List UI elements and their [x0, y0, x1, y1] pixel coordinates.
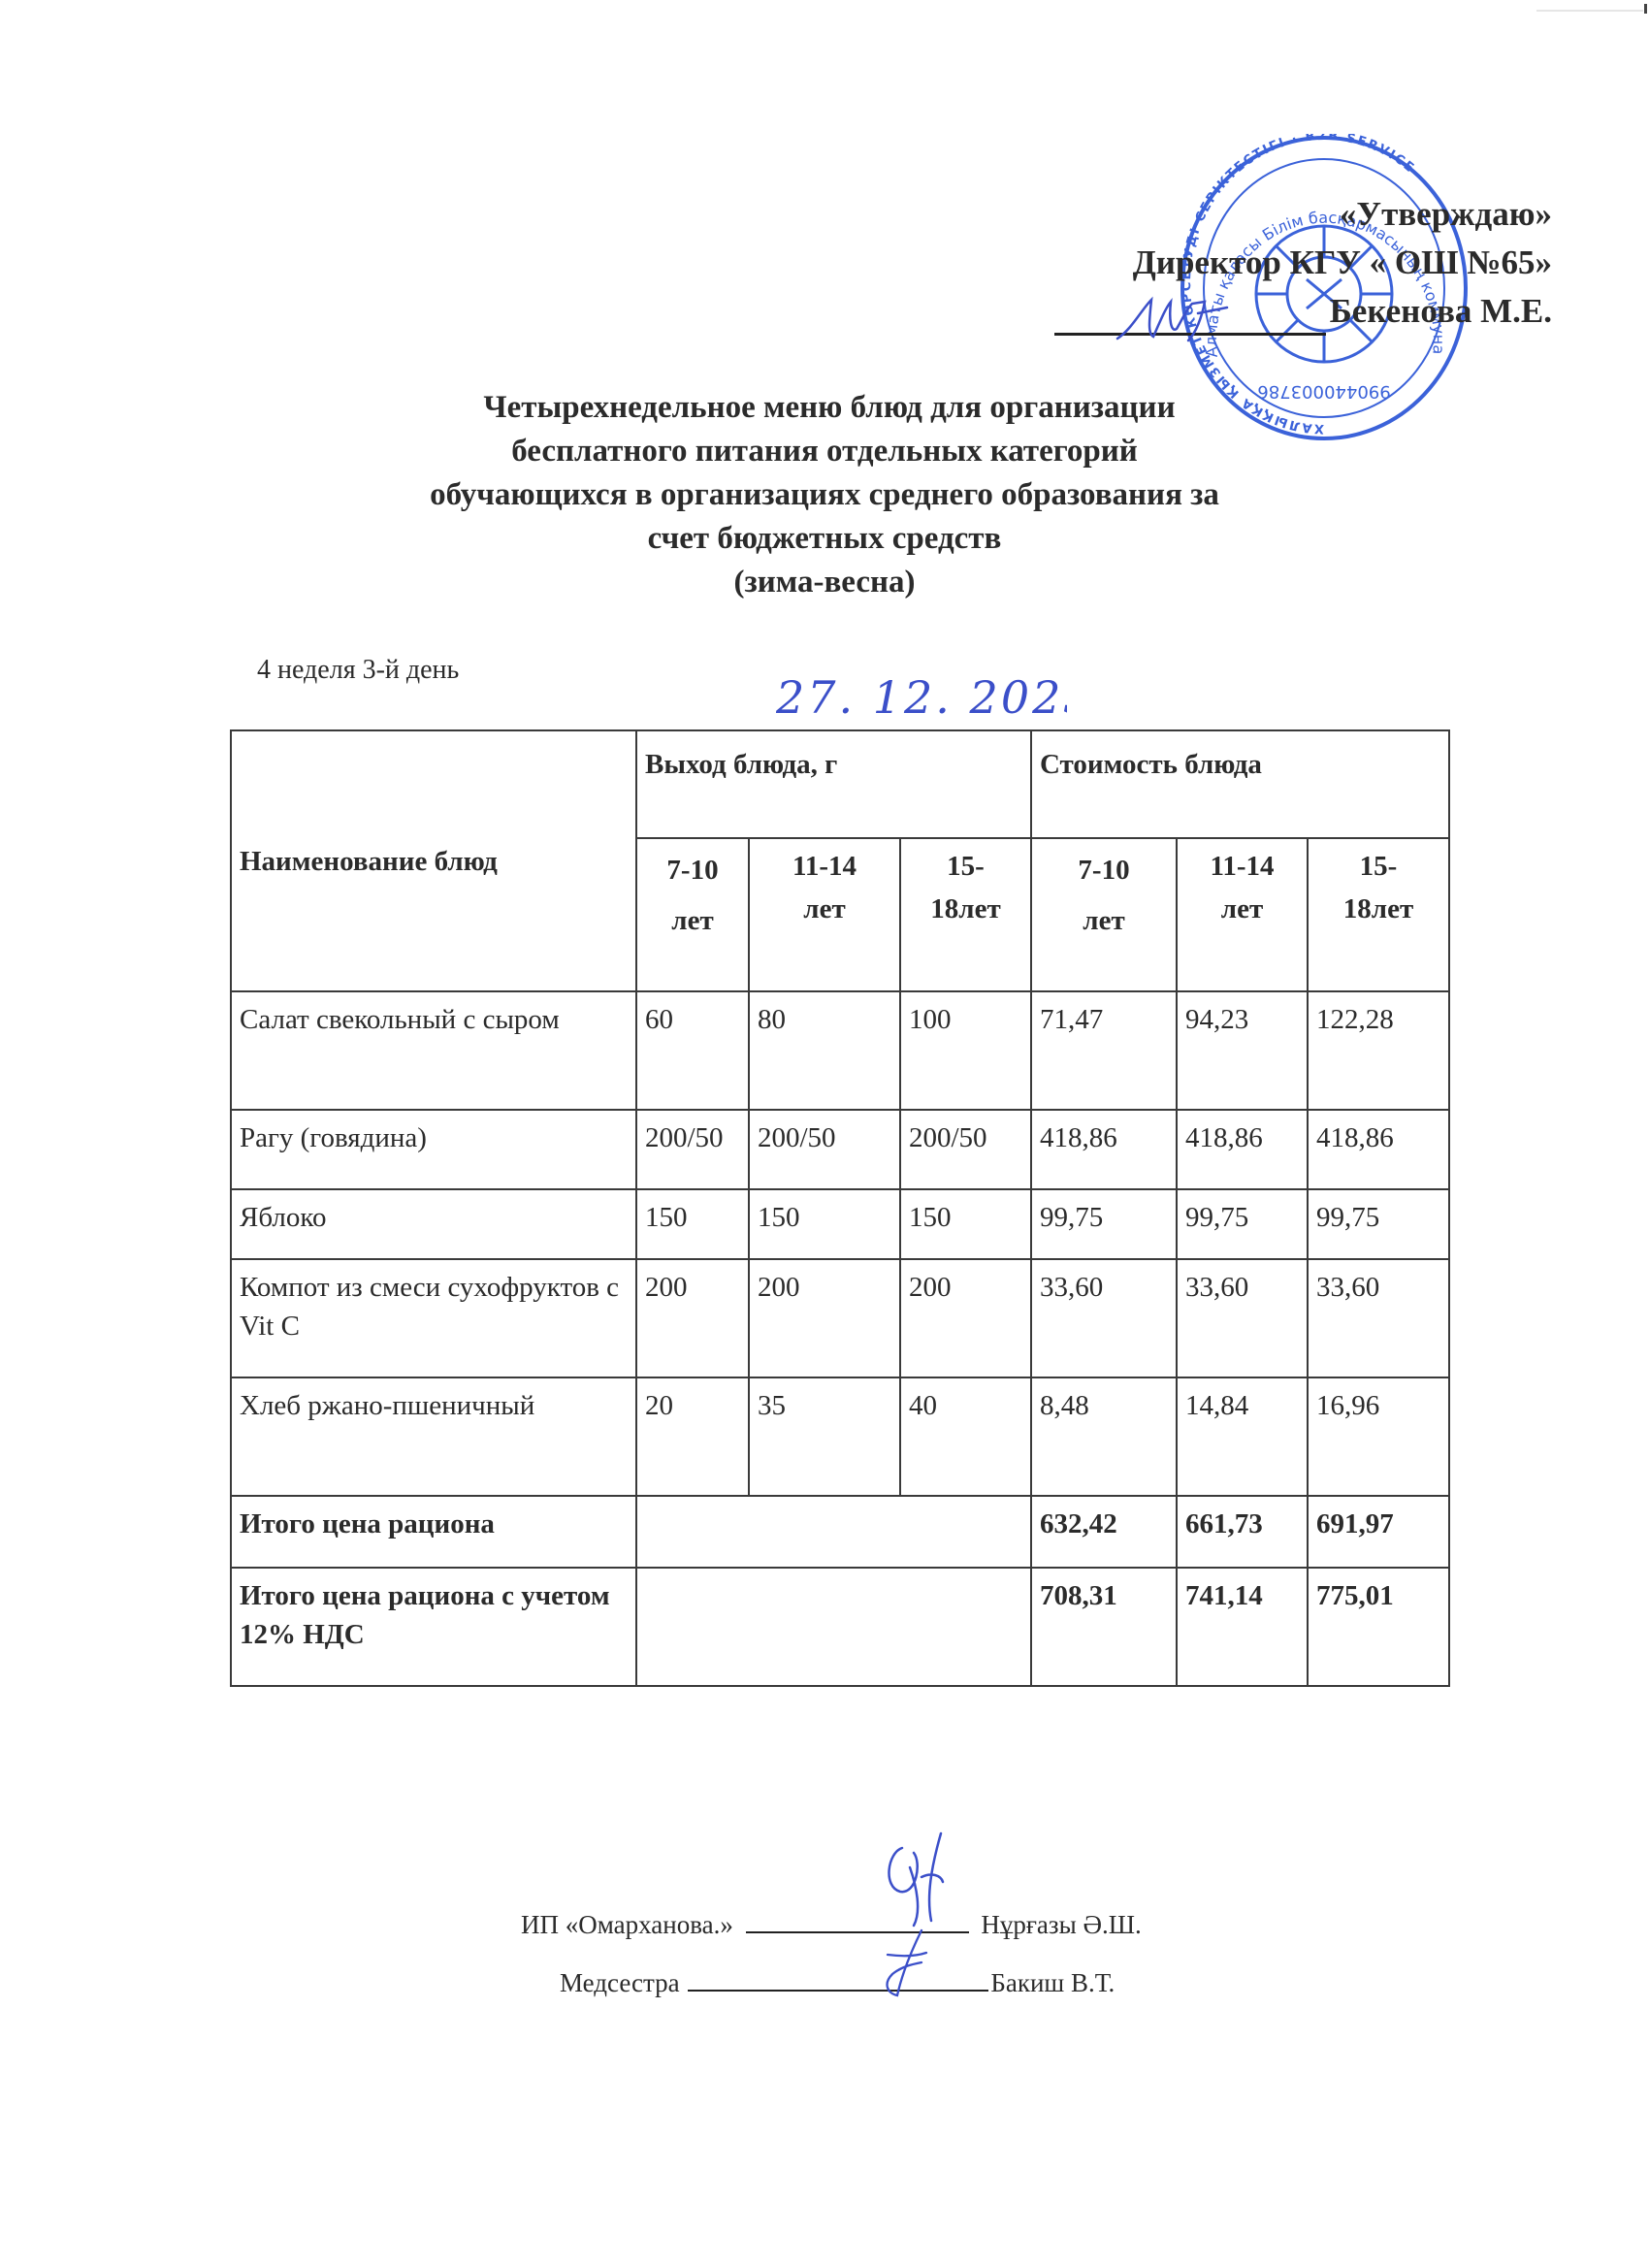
age-header: 7-10лет [1031, 838, 1177, 991]
total-vat-row: Итого цена рациона с учетом 12% НДС 708,… [231, 1568, 1449, 1686]
title-line: (зима-весна) [0, 561, 1649, 604]
cost-cell: 16,96 [1308, 1377, 1449, 1496]
week-day-label: 4 неделя 3-й день [257, 655, 459, 686]
yield-cell: 150 [900, 1189, 1031, 1259]
cost-cell: 94,23 [1177, 991, 1308, 1110]
nurse-role: Медсестра [560, 1968, 680, 1997]
table-row: Хлеб ржано-пшеничный 20 35 40 8,48 14,84… [231, 1377, 1449, 1496]
dish-name: Яблоко [231, 1189, 636, 1259]
director-name: Бекенова М.Е. [1330, 287, 1552, 336]
yield-cell: 150 [749, 1189, 900, 1259]
total-cost: 691,97 [1308, 1496, 1449, 1568]
yield-cell: 200/50 [900, 1110, 1031, 1189]
table-row: Рагу (говядина) 200/50 200/50 200/50 418… [231, 1110, 1449, 1189]
total-label: Итого цена рациона [231, 1496, 636, 1568]
table-row: Яблоко 150 150 150 99,75 99,75 99,75 [231, 1189, 1449, 1259]
total-row: Итого цена рациона 632,42 661,73 691,97 [231, 1496, 1449, 1568]
table-row: Компот из смеси сухофруктов с Vit C 200 … [231, 1259, 1449, 1377]
yield-cell: 100 [900, 991, 1031, 1110]
nurse-signature-icon [868, 1926, 946, 2003]
empty-cell [636, 1568, 1031, 1686]
scan-edge-mark [1536, 10, 1643, 12]
title-line: обучающихся в организациях среднего обра… [0, 473, 1649, 517]
total-vat-label: Итого цена рациона с учетом 12% НДС [231, 1568, 636, 1686]
handwritten-date: 27. 12. 2023 [776, 669, 1067, 728]
yield-cell: 200/50 [749, 1110, 900, 1189]
cost-cell: 71,47 [1031, 991, 1177, 1110]
cost-header: Стоимость блюда [1031, 730, 1449, 838]
yield-cell: 150 [636, 1189, 749, 1259]
stamp-bin: 990440003786 [1257, 381, 1390, 402]
cost-cell: 418,86 [1177, 1110, 1308, 1189]
cost-cell: 14,84 [1177, 1377, 1308, 1496]
empty-cell [636, 1496, 1031, 1568]
svg-text:27. 12. 2023: 27. 12. 2023 [776, 671, 1067, 724]
cost-cell: 33,60 [1177, 1259, 1308, 1377]
approval-heading: «Утверждаю» [1054, 190, 1552, 239]
dish-name: Салат свекольный с сыром [231, 991, 636, 1110]
age-header: 11-14лет [1177, 838, 1308, 991]
dish-name: Рагу (говядина) [231, 1110, 636, 1189]
cost-cell: 122,28 [1308, 991, 1449, 1110]
cost-cell: 99,75 [1031, 1189, 1177, 1259]
nurse-signature-row: Медсестра Бакиш В.Т. [560, 1964, 1115, 1998]
total-cost: 632,42 [1031, 1496, 1177, 1568]
supplier-role: ИП «Омарханова.» [521, 1910, 733, 1939]
yield-cell: 200 [749, 1259, 900, 1377]
age-header: 15-18лет [900, 838, 1031, 991]
yield-cell: 80 [749, 991, 900, 1110]
yield-cell: 20 [636, 1377, 749, 1496]
cost-cell: 418,86 [1308, 1110, 1449, 1189]
cost-cell: 99,75 [1308, 1189, 1449, 1259]
yield-cell: 200 [900, 1259, 1031, 1377]
dish-name: Хлеб ржано-пшеничный [231, 1377, 636, 1496]
age-header: 11-14лет [749, 838, 900, 991]
cost-cell: 33,60 [1308, 1259, 1449, 1377]
yield-header: Выход блюда, г [636, 730, 1031, 838]
cost-cell: 33,60 [1031, 1259, 1177, 1377]
cost-cell: 8,48 [1031, 1377, 1177, 1496]
dish-name: Компот из смеси сухофруктов с Vit C [231, 1259, 636, 1377]
yield-cell: 35 [749, 1377, 900, 1496]
yield-cell: 40 [900, 1377, 1031, 1496]
yield-cell: 200/50 [636, 1110, 749, 1189]
dish-name-header: Наименование блюд [231, 730, 636, 991]
approval-block: «Утверждаю» Директор КГУ « ОШ №65» Бекен… [1054, 190, 1552, 349]
total-vat-cost: 775,01 [1308, 1568, 1449, 1686]
cost-cell: 418,86 [1031, 1110, 1177, 1189]
yield-cell: 60 [636, 991, 749, 1110]
director-title: Директор КГУ « ОШ №65» [1054, 239, 1552, 287]
cost-cell: 99,75 [1177, 1189, 1308, 1259]
age-header: 7-10лет [636, 838, 749, 991]
menu-table: Наименование блюд Выход блюда, г Стоимос… [230, 729, 1450, 1687]
nurse-name: Бакиш В.Т. [990, 1968, 1115, 1997]
total-vat-cost: 708,31 [1031, 1568, 1177, 1686]
supplier-signature-row: ИП «Омарханова.» Нұрғазы Ә.Ш. [521, 1906, 1142, 1940]
yield-cell: 200 [636, 1259, 749, 1377]
table-row: Салат свекольный с сыром 60 80 100 71,47… [231, 991, 1449, 1110]
total-vat-cost: 741,14 [1177, 1568, 1308, 1686]
director-signature-line [1054, 298, 1326, 336]
director-signature-icon [1113, 290, 1258, 348]
supplier-name: Нұрғазы Ә.Ш. [981, 1910, 1141, 1939]
title-line: счет бюджетных средств [0, 517, 1649, 561]
age-header: 15-18лет [1308, 838, 1449, 991]
supplier-signature-icon [863, 1829, 970, 1935]
total-cost: 661,73 [1177, 1496, 1308, 1568]
